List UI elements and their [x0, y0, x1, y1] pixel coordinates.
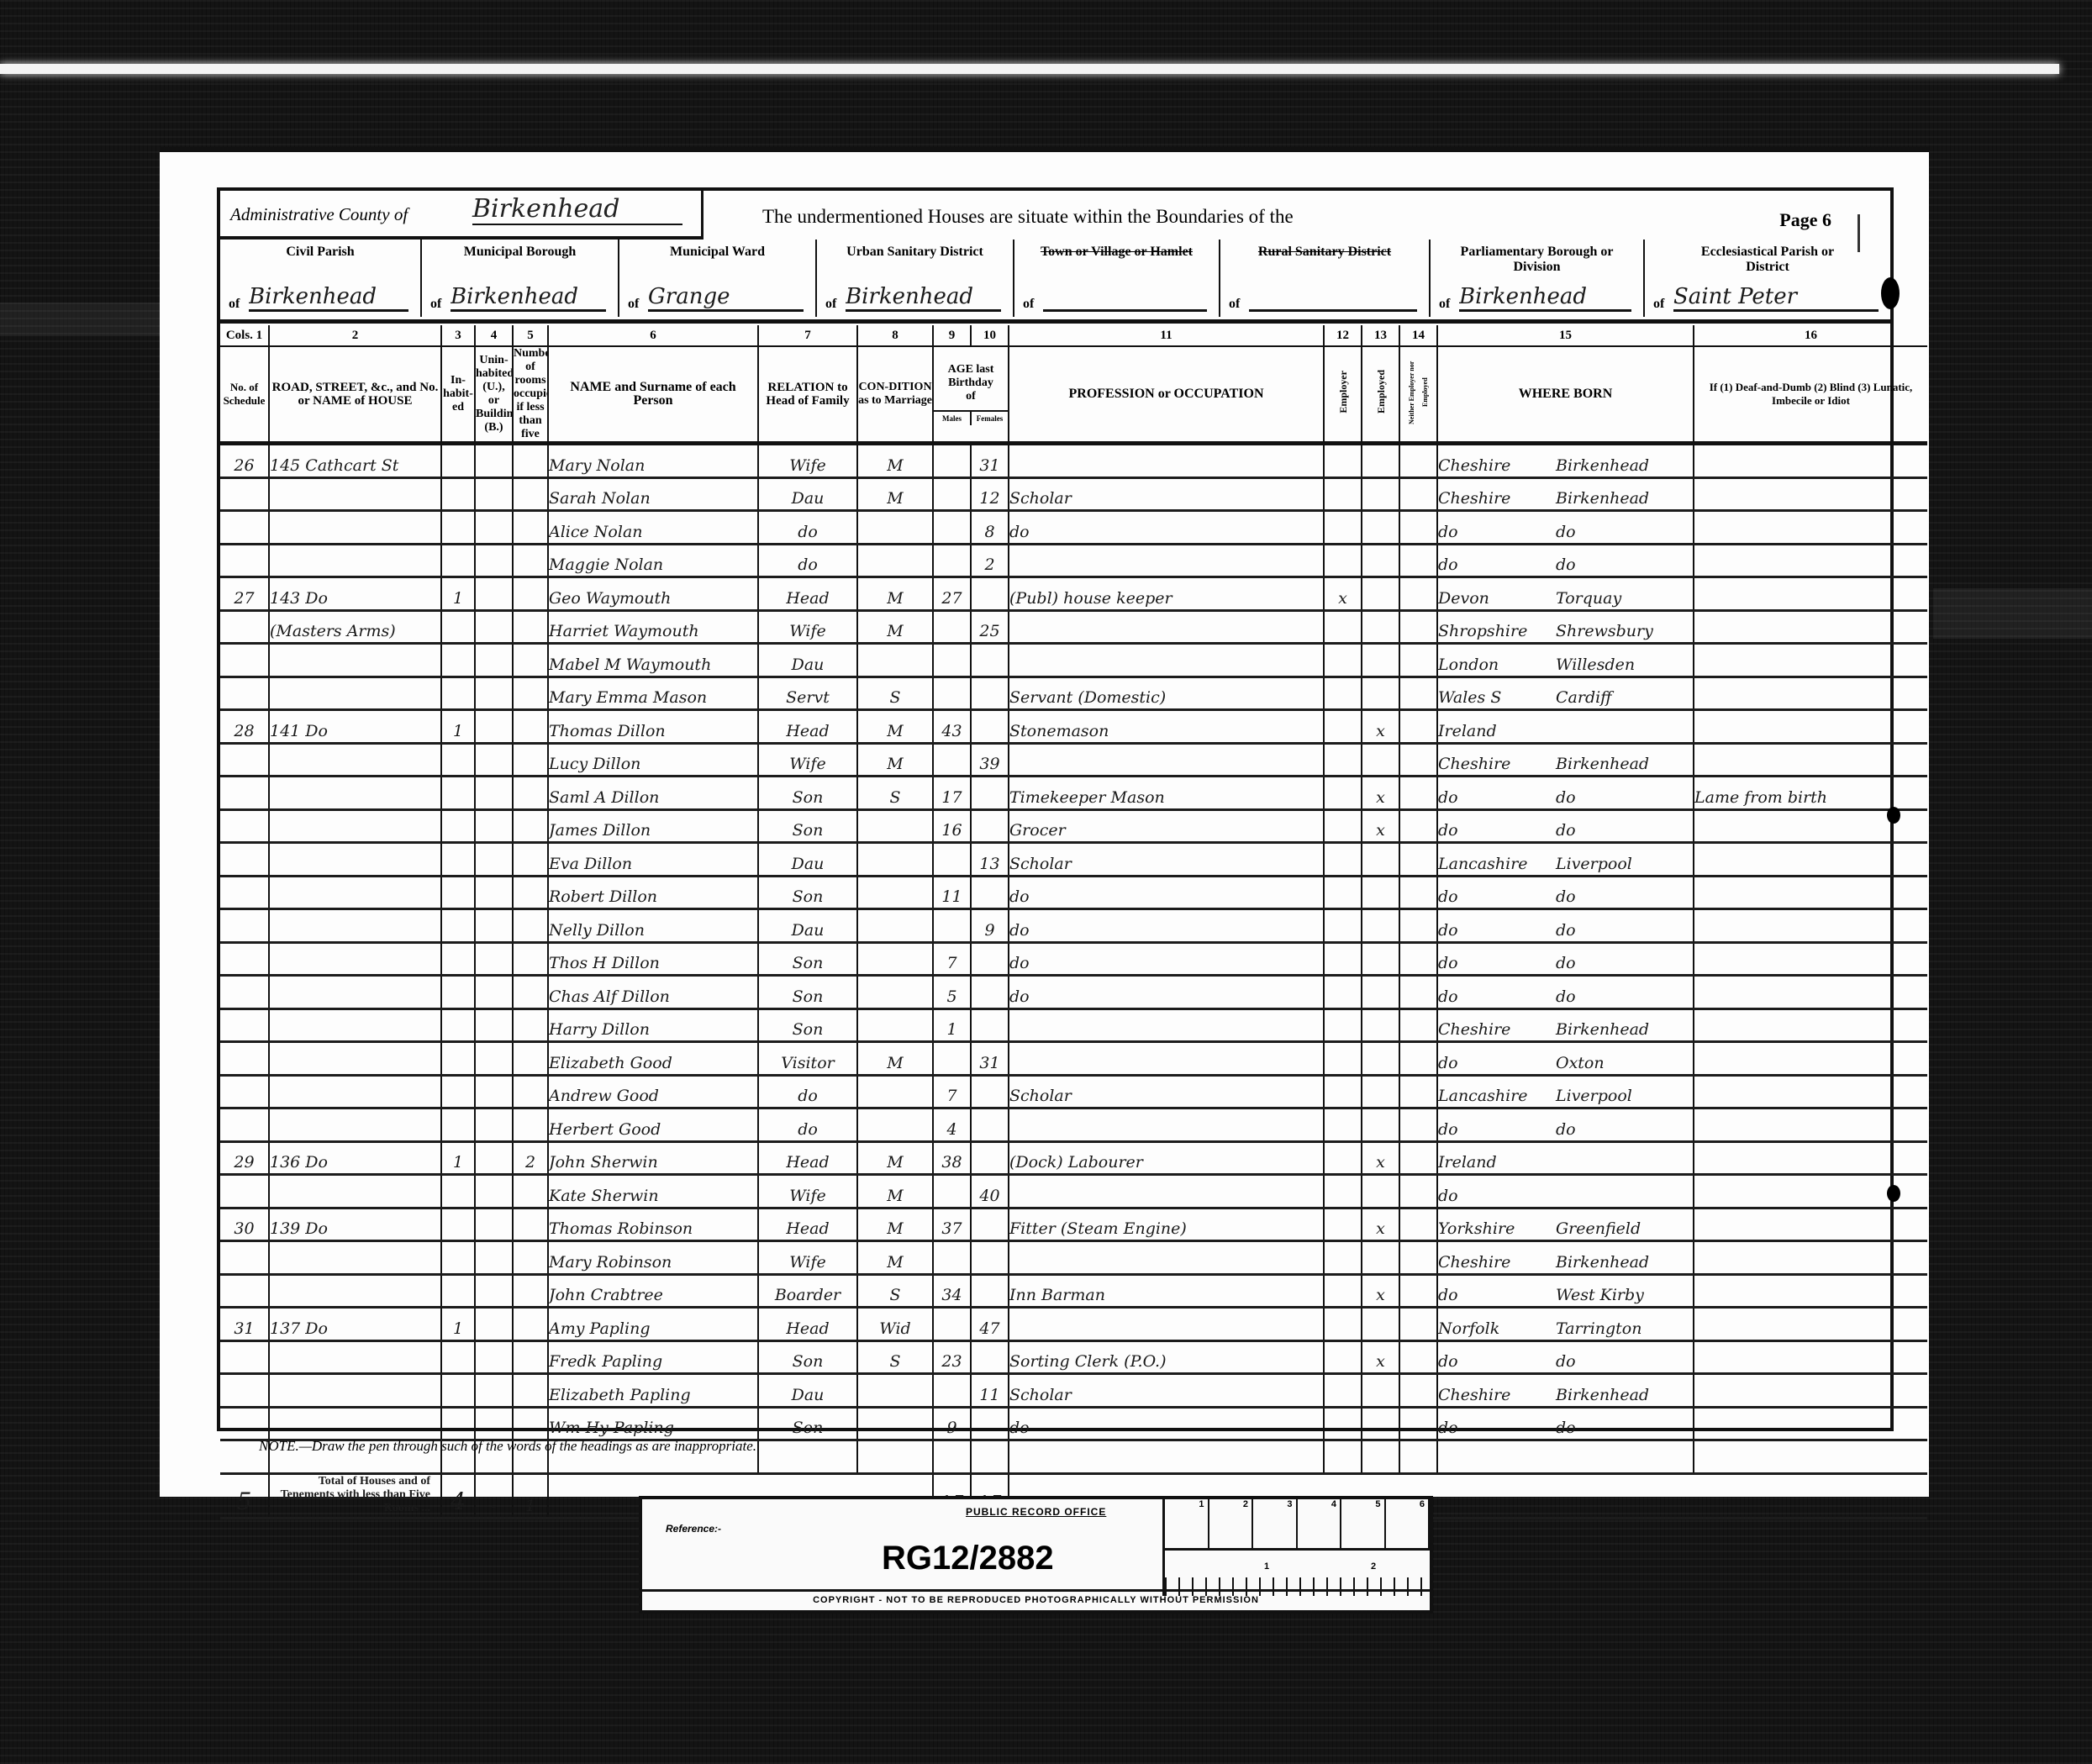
row-infirmity: [1694, 1340, 1927, 1374]
row-employer: [1324, 1340, 1362, 1374]
row-schedule: [220, 1274, 269, 1308]
row-relation: Head: [758, 577, 857, 611]
born-county: Lancashire: [1438, 855, 1556, 873]
row-rooms: [513, 1407, 548, 1440]
row-employed: [1362, 1440, 1399, 1474]
row-condition: M: [857, 743, 933, 777]
table-row: (Masters Arms)Harriet WaymouthWifeM25Shr…: [220, 610, 1927, 644]
row-uninhabited: [475, 1340, 513, 1374]
born-place: Cardiff: [1556, 688, 1612, 707]
row-employed: [1362, 1374, 1399, 1408]
census-rows: 26145 Cathcart StMary NolanWifeM31Cheshi…: [220, 444, 1927, 1474]
born-place: Torquay: [1556, 589, 1621, 608]
born-place: Birkenhead: [1556, 1020, 1649, 1039]
born-place: Greenfield: [1556, 1219, 1641, 1238]
born-place: do: [1556, 821, 1576, 840]
row-occupation: [1009, 743, 1324, 777]
total-inhabited: 4: [441, 1473, 475, 1518]
row-employed: [1362, 1075, 1399, 1108]
row-female-age: [971, 677, 1009, 710]
row-neither: [1399, 544, 1437, 577]
row-female-age: 39: [971, 743, 1009, 777]
row-road: (Masters Arms): [269, 610, 441, 644]
row-name: Elizabeth Good: [548, 1042, 758, 1076]
row-uninhabited: [475, 777, 513, 810]
heading-males: Males: [934, 412, 972, 425]
row-inhabited: [441, 1175, 475, 1208]
boundary-ecclesiastical-parish: Ecclesiastical Parish or District of Sai…: [1645, 240, 1890, 317]
row-occupation: [1009, 1042, 1324, 1076]
table-row: Wm Hy PaplingSon9dododo: [220, 1407, 1927, 1440]
boundary-label: Urban Sanitary District: [817, 245, 1013, 260]
row-name: Kate Sherwin: [548, 1175, 758, 1208]
heading-inhabited: In-habit-ed: [441, 346, 475, 444]
row-rooms: [513, 942, 548, 976]
born-county: do: [1438, 887, 1556, 906]
row-rooms: [513, 1108, 548, 1142]
born-place: Birkenhead: [1556, 1253, 1649, 1272]
row-inhabited: [441, 809, 475, 843]
row-where-born: ShropshireShrewsbury: [1437, 610, 1694, 644]
born-place: Birkenhead: [1556, 755, 1649, 773]
row-rooms: [513, 477, 548, 511]
born-county: do: [1438, 1286, 1556, 1304]
row-where-born: YorkshireGreenfield: [1437, 1208, 1694, 1241]
row-infirmity: [1694, 1042, 1927, 1076]
row-infirmity: [1694, 1241, 1927, 1275]
table-row: Mary Emma MasonServtSServant (Domestic)W…: [220, 677, 1927, 710]
row-schedule: [220, 942, 269, 976]
row-occupation: Fitter (Steam Engine): [1009, 1208, 1324, 1241]
row-male-age: 9: [933, 1407, 971, 1440]
row-where-born: dodo: [1437, 909, 1694, 943]
table-row: Andrew Gooddo7ScholarLancashireLiverpool: [220, 1075, 1927, 1108]
row-uninhabited: [475, 809, 513, 843]
row-where-born: dodo: [1437, 1108, 1694, 1142]
row-condition: [857, 809, 933, 843]
row-female-age: [971, 777, 1009, 810]
row-occupation: [1009, 1175, 1324, 1208]
born-place: Liverpool: [1556, 855, 1632, 873]
column-headings-row: No. of Schedule ROAD, STREET, &c., and N…: [220, 346, 1927, 444]
row-female-age: 25: [971, 610, 1009, 644]
total-rooms: 1: [513, 1473, 548, 1518]
row-female-age: 31: [971, 444, 1009, 478]
table-row: Maggie Nolando2dodo: [220, 544, 1927, 577]
row-relation: Son: [758, 876, 857, 909]
row-schedule: 26: [220, 444, 269, 478]
boundary-value: Birkenhead: [846, 284, 1001, 312]
row-condition: [857, 909, 933, 943]
row-schedule: [220, 677, 269, 710]
row-occupation: Scholar: [1009, 477, 1324, 511]
row-female-age: [971, 1008, 1009, 1042]
born-place: do: [1556, 921, 1576, 940]
born-place: Birkenhead: [1556, 489, 1649, 508]
row-employer: [1324, 610, 1362, 644]
row-male-age: [933, 677, 971, 710]
row-infirmity: [1694, 1308, 1927, 1341]
row-schedule: [220, 610, 269, 644]
row-inhabited: 1: [441, 1308, 475, 1341]
row-female-age: [971, 710, 1009, 744]
row-where-born: Ireland: [1437, 710, 1694, 744]
boundary-value: [1043, 284, 1207, 312]
row-employer: [1324, 1042, 1362, 1076]
born-county: do: [1438, 1352, 1556, 1371]
row-condition: M: [857, 710, 933, 744]
row-neither: [1399, 710, 1437, 744]
row-schedule: [220, 1374, 269, 1408]
row-female-age: [971, 876, 1009, 909]
ruler-tick: 2: [1209, 1499, 1254, 1548]
row-road: [269, 1274, 441, 1308]
row-occupation: Scholar: [1009, 843, 1324, 877]
row-neither: [1399, 1374, 1437, 1408]
row-road: 137 Do: [269, 1308, 441, 1341]
ruler-tick: 6: [1386, 1499, 1431, 1548]
row-female-age: [971, 1241, 1009, 1275]
row-road: 139 Do: [269, 1208, 441, 1241]
ruler-tick: 2: [1371, 1561, 1376, 1572]
table-row: Mabel M WaymouthDauLondonWillesden: [220, 644, 1927, 677]
table-row: Saml A DillonSonS17Timekeeper Masonxdodo…: [220, 777, 1927, 810]
row-employer: [1324, 777, 1362, 810]
heading-employed-label: Employed: [1374, 370, 1388, 413]
col-num: 16: [1694, 325, 1927, 346]
row-road: [269, 1108, 441, 1142]
heading-neither-label: Neither Employer nor Employed: [1405, 359, 1432, 426]
total-houses-label: Total of Houses and of Tenements with le…: [269, 1473, 441, 1518]
row-employer: [1324, 1175, 1362, 1208]
row-condition: M: [857, 1042, 933, 1076]
row-inhabited: [441, 1274, 475, 1308]
born-place: do: [1556, 788, 1576, 807]
row-name: Harriet Waymouth: [548, 610, 758, 644]
row-relation: do: [758, 511, 857, 545]
row-employer: x: [1324, 577, 1362, 611]
row-road: [269, 677, 441, 710]
boundary-municipal-ward: Municipal Ward of Grange: [619, 240, 817, 317]
boundaries-row: Civil Parish of Birkenhead Municipal Bor…: [220, 240, 1890, 319]
born-county: Devon: [1438, 589, 1556, 608]
row-road: [269, 1374, 441, 1408]
row-infirmity: [1694, 710, 1927, 744]
row-name: Maggie Nolan: [548, 544, 758, 577]
row-neither: [1399, 1241, 1437, 1275]
row-male-age: 11: [933, 876, 971, 909]
row-male-age: [933, 909, 971, 943]
row-occupation: [1009, 544, 1324, 577]
row-rooms: [513, 1075, 548, 1108]
row-rooms: [513, 577, 548, 611]
row-employed: [1362, 843, 1399, 877]
row-neither: [1399, 610, 1437, 644]
row-employer: [1324, 843, 1362, 877]
row-employed: [1362, 477, 1399, 511]
row-employer: [1324, 1274, 1362, 1308]
row-relation: Son: [758, 942, 857, 976]
row-condition: M: [857, 1141, 933, 1175]
table-row: 28141 Do1Thomas DillonHeadM43Stonemasonx…: [220, 710, 1927, 744]
row-where-born: dodo: [1437, 1407, 1694, 1440]
heading-neither: Neither Employer nor Employed: [1399, 346, 1437, 444]
born-county: London: [1438, 656, 1556, 674]
born-county: Cheshire: [1438, 755, 1556, 773]
row-neither: [1399, 1108, 1437, 1142]
row-relation: Boarder: [758, 1274, 857, 1308]
of-label: of: [229, 297, 240, 312]
row-female-age: [971, 1141, 1009, 1175]
row-male-age: [933, 1175, 971, 1208]
row-where-born: CheshireBirkenhead: [1437, 1374, 1694, 1408]
row-rooms: [513, 677, 548, 710]
row-condition: [857, 1407, 933, 1440]
row-condition: [857, 1008, 933, 1042]
row-rooms: [513, 511, 548, 545]
row-where-born: dodo: [1437, 976, 1694, 1009]
row-male-age: [933, 1440, 971, 1474]
row-neither: [1399, 942, 1437, 976]
column-numbers-row: Cols. 1 2 3 4 5 6 7 8 9 10 11 12 13 14 1…: [220, 325, 1927, 346]
row-name: Harry Dillon: [548, 1008, 758, 1042]
row-inhabited: [441, 477, 475, 511]
boundary-label: Municipal Borough: [422, 245, 618, 260]
row-neither: [1399, 1440, 1437, 1474]
table-row: 26145 Cathcart StMary NolanWifeM31Cheshi…: [220, 444, 1927, 478]
row-name: Mary Emma Mason: [548, 677, 758, 710]
row-employer: [1324, 809, 1362, 843]
row-employed: [1362, 1308, 1399, 1341]
row-male-age: [933, 511, 971, 545]
row-employed: [1362, 942, 1399, 976]
scan-band: [0, 303, 168, 336]
row-male-age: [933, 1042, 971, 1076]
of-label: of: [628, 297, 639, 312]
table-row: Herbert Gooddo4dodo: [220, 1108, 1927, 1142]
table-row: Nelly DillonDau9dododo: [220, 909, 1927, 943]
row-male-age: [933, 544, 971, 577]
row-male-age: 5: [933, 976, 971, 1009]
row-uninhabited: [475, 577, 513, 611]
row-relation: do: [758, 1108, 857, 1142]
row-road: [269, 743, 441, 777]
born-place: West Kirby: [1556, 1286, 1644, 1304]
row-name: John Sherwin: [548, 1141, 758, 1175]
row-where-born: LancashireLiverpool: [1437, 1075, 1694, 1108]
row-employer: [1324, 511, 1362, 545]
row-uninhabited: [475, 1274, 513, 1308]
row-inhabited: 1: [441, 1141, 475, 1175]
row-occupation: (Publ) house keeper: [1009, 577, 1324, 611]
page-number: Page 6: [1779, 209, 1831, 231]
row-schedule: [220, 1175, 269, 1208]
born-county: Cheshire: [1438, 1020, 1556, 1039]
row-uninhabited: [475, 511, 513, 545]
row-relation: Visitor: [758, 1042, 857, 1076]
row-neither: [1399, 976, 1437, 1009]
row-uninhabited: [475, 1042, 513, 1076]
row-employed: [1362, 1008, 1399, 1042]
of-label: of: [430, 297, 441, 312]
row-inhabited: [441, 1340, 475, 1374]
total-schedules: 5: [220, 1473, 269, 1518]
col-num: 9: [933, 325, 971, 346]
table-row: 29136 Do12John SherwinHeadM38(Dock) Labo…: [220, 1141, 1927, 1175]
row-infirmity: [1694, 444, 1927, 478]
heading-females: Females: [972, 412, 1008, 425]
row-neither: [1399, 1175, 1437, 1208]
heading-age-label: AGE last Birthday of: [934, 363, 1008, 403]
row-condition: [857, 843, 933, 877]
row-occupation: [1009, 1308, 1324, 1341]
punch-hole: [1887, 807, 1900, 824]
table-row: James DillonSon16Grocerxdodo: [220, 809, 1927, 843]
row-name: Thos H Dillon: [548, 942, 758, 976]
row-infirmity: [1694, 1141, 1927, 1175]
row-road: [269, 942, 441, 976]
row-rooms: [513, 1374, 548, 1408]
row-rooms: [513, 644, 548, 677]
row-neither: [1399, 743, 1437, 777]
row-inhabited: [441, 1108, 475, 1142]
born-place: do: [1556, 887, 1576, 906]
born-county: do: [1438, 821, 1556, 840]
row-neither: [1399, 644, 1437, 677]
boundary-label: Parliamentary Borough or Division: [1431, 245, 1643, 275]
row-condition: M: [857, 444, 933, 478]
boundary-value: Grange: [648, 284, 804, 312]
row-male-age: 38: [933, 1141, 971, 1175]
row-occupation: [1009, 1108, 1324, 1142]
row-relation: Son: [758, 1340, 857, 1374]
row-neither: [1399, 876, 1437, 909]
row-schedule: [220, 909, 269, 943]
row-where-born: dodo: [1437, 809, 1694, 843]
row-schedule: [220, 809, 269, 843]
row-condition: [857, 1108, 933, 1142]
row-employed: [1362, 976, 1399, 1009]
of-label: of: [825, 297, 836, 312]
born-county: do: [1438, 921, 1556, 940]
row-occupation: Scholar: [1009, 1374, 1324, 1408]
row-relation: Dau: [758, 1374, 857, 1408]
row-employer: [1324, 677, 1362, 710]
row-infirmity: [1694, 1274, 1927, 1308]
row-inhabited: [441, 1407, 475, 1440]
row-road: [269, 1340, 441, 1374]
col-num: 7: [758, 325, 857, 346]
administrative-county-value: Birkenhead: [472, 194, 682, 225]
age-subheadings: Males Females: [934, 410, 1008, 425]
table-row: Alice Nolando8dododo: [220, 511, 1927, 545]
heading-condition: CON-DITION as to Marriage: [857, 346, 933, 444]
row-rooms: [513, 1340, 548, 1374]
row-name: Thomas Dillon: [548, 710, 758, 744]
row-relation: Wife: [758, 743, 857, 777]
row-schedule: 27: [220, 577, 269, 611]
row-uninhabited: [475, 942, 513, 976]
row-male-age: 4: [933, 1108, 971, 1142]
row-where-born: CheshireBirkenhead: [1437, 477, 1694, 511]
row-condition: [857, 1374, 933, 1408]
row-rooms: [513, 1008, 548, 1042]
row-condition: S: [857, 1274, 933, 1308]
born-place: Birkenhead: [1556, 1386, 1649, 1404]
heading-employer: Employer: [1324, 346, 1362, 444]
row-employed: x: [1362, 809, 1399, 843]
row-uninhabited: [475, 909, 513, 943]
row-schedule: 30: [220, 1208, 269, 1241]
row-infirmity: [1694, 577, 1927, 611]
row-employed: [1362, 876, 1399, 909]
row-inhabited: [441, 1042, 475, 1076]
row-male-age: 17: [933, 777, 971, 810]
ruler-tick: 1: [1165, 1499, 1209, 1548]
row-male-age: 43: [933, 710, 971, 744]
row-neither: [1399, 1308, 1437, 1341]
row-uninhabited: [475, 677, 513, 710]
born-county: do: [1438, 556, 1556, 574]
table-row: Kate SherwinWifeM40do: [220, 1175, 1927, 1208]
row-name: Mary Robinson: [548, 1241, 758, 1275]
row-inhabited: [441, 544, 475, 577]
row-male-age: [933, 444, 971, 478]
row-male-age: 7: [933, 942, 971, 976]
header-divider: [220, 319, 1890, 324]
born-county: Cheshire: [1438, 1253, 1556, 1272]
heading-infirmity: If (1) Deaf-and-Dumb (2) Blind (3) Lunat…: [1694, 346, 1927, 444]
row-road: [269, 477, 441, 511]
row-occupation: Servant (Domestic): [1009, 677, 1324, 710]
heading-occupation: PROFESSION or OCCUPATION: [1009, 346, 1324, 444]
row-uninhabited: [475, 1008, 513, 1042]
row-where-born: LancashireLiverpool: [1437, 843, 1694, 877]
row-infirmity: [1694, 1440, 1927, 1474]
row-rooms: [513, 1175, 548, 1208]
row-rooms: [513, 610, 548, 644]
row-occupation: [1009, 1440, 1324, 1474]
row-occupation: do: [1009, 511, 1324, 545]
record-office-stamp: PUBLIC RECORD OFFICE Reference:- RG12/28…: [639, 1496, 1433, 1614]
row-occupation: do: [1009, 1407, 1324, 1440]
row-occupation: Grocer: [1009, 809, 1324, 843]
born-place: do: [1556, 556, 1576, 574]
row-rooms: [513, 809, 548, 843]
row-occupation: do: [1009, 976, 1324, 1009]
row-inhabited: [441, 876, 475, 909]
row-female-age: 2: [971, 544, 1009, 577]
row-male-age: 16: [933, 809, 971, 843]
col-num: 11: [1009, 325, 1324, 346]
table-row: Fredk PaplingSonS23Sorting Clerk (P.O.)x…: [220, 1340, 1927, 1374]
heading-road: ROAD, STREET, &c., and No. or NAME of HO…: [269, 346, 441, 444]
row-uninhabited: [475, 477, 513, 511]
born-place: do: [1556, 1352, 1576, 1371]
row-relation: Wife: [758, 444, 857, 478]
born-county: do: [1438, 1054, 1556, 1072]
boundary-label: Ecclesiastical Parish or District: [1645, 245, 1890, 275]
row-female-age: [971, 1108, 1009, 1142]
boundary-label: Civil Parish: [220, 245, 420, 260]
row-occupation: (Dock) Labourer: [1009, 1141, 1324, 1175]
row-female-age: 11: [971, 1374, 1009, 1408]
heading-name: NAME and Surname of each Person: [548, 346, 758, 444]
row-infirmity: [1694, 544, 1927, 577]
row-where-born: CheshireBirkenhead: [1437, 1241, 1694, 1275]
col-num: 3: [441, 325, 475, 346]
row-road: [269, 644, 441, 677]
